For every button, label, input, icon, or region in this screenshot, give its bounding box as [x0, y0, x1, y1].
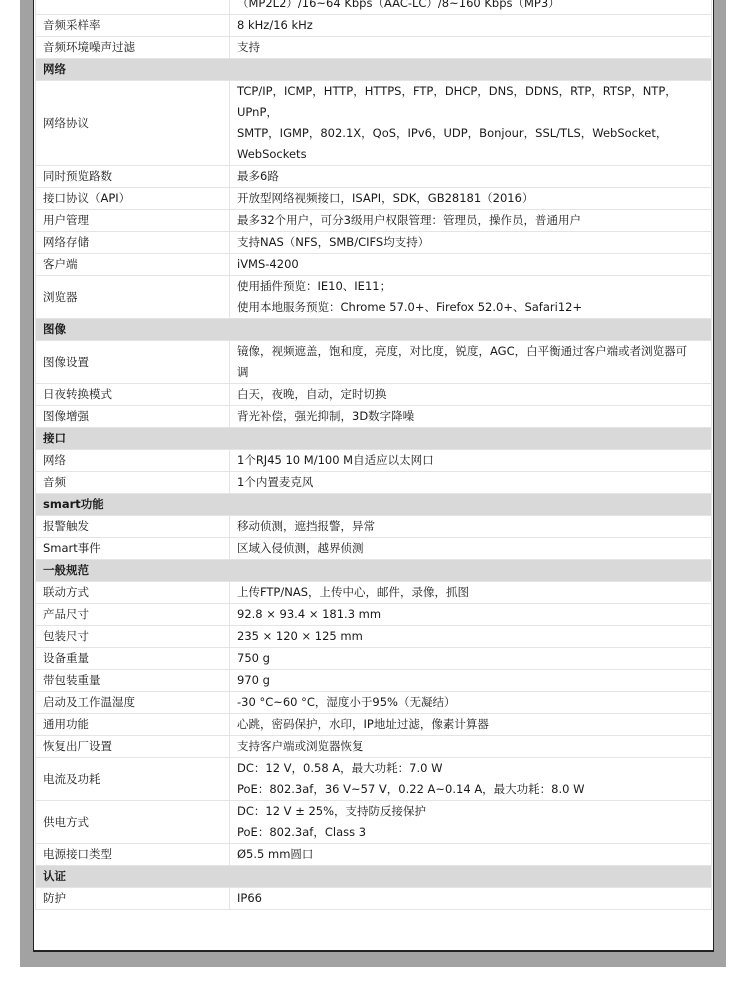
spec-value-line: 移动侦测，遮挡报警，异常 [237, 516, 704, 537]
spec-value-line: PoE：802.3af，Class 3 [237, 822, 704, 843]
spec-value-line: DC：12 V ± 25%，支持防反接保护 [237, 801, 704, 822]
spec-key: 网络 [36, 450, 230, 472]
spec-key: 网络存储 [36, 232, 230, 254]
spec-row: 图像增强背光补偿，强光抑制，3D数字降噪 [36, 406, 712, 428]
spec-value: 支持NAS（NFS，SMB/CIFS均支持） [230, 232, 712, 254]
spec-key: 图像增强 [36, 406, 230, 428]
spec-key: 防护 [36, 888, 230, 910]
spec-key: 报警触发 [36, 516, 230, 538]
spec-value-line: 心跳，密码保护，水印，IP地址过滤，像素计算器 [237, 714, 704, 735]
section-title: 一般规范 [36, 560, 712, 582]
spec-value-line: iVMS-4200 [237, 254, 704, 275]
spec-row: （MP2L2）/16~64 Kbps（AAC-LC）/8~160 Kbps（MP… [36, 0, 712, 15]
spec-value: 1个RJ45 10 M/100 M自适应以太网口 [230, 450, 712, 472]
spec-value-line: DC：12 V，0.58 A，最大功耗：7.0 W [237, 758, 704, 779]
spec-key [36, 0, 230, 15]
spec-row: Smart事件区域入侵侦测，越界侦测 [36, 538, 712, 560]
spec-key: 同时预览路数 [36, 166, 230, 188]
spec-row: 音频采样率8 kHz/16 kHz [36, 15, 712, 37]
spec-value-line: 1个RJ45 10 M/100 M自适应以太网口 [237, 450, 704, 471]
spec-row: 网络存储支持NAS（NFS，SMB/CIFS均支持） [36, 232, 712, 254]
spec-row: 同时预览路数最多6路 [36, 166, 712, 188]
spec-row: 启动及工作温湿度-30 °C~60 °C，湿度小于95%（无凝结） [36, 692, 712, 714]
spec-key: 用户管理 [36, 210, 230, 232]
spec-value: 750 g [230, 648, 712, 670]
spec-key: 通用功能 [36, 714, 230, 736]
spec-row: 恢复出厂设置支持客户端或浏览器恢复 [36, 736, 712, 758]
spec-value-line: 970 g [237, 670, 704, 691]
spec-value: DC：12 V，0.58 A，最大功耗：7.0 WPoE：802.3af，36 … [230, 758, 712, 801]
section-header: 图像 [36, 319, 712, 341]
spec-value: iVMS-4200 [230, 254, 712, 276]
spec-row: 产品尺寸92.8 × 93.4 × 181.3 mm [36, 604, 712, 626]
spec-value-line: 最多6路 [237, 166, 704, 187]
spec-row: 浏览器使用插件预览：IE10、IE11；使用本地服务预览：Chrome 57.0… [36, 276, 712, 319]
section-title: 接口 [36, 428, 712, 450]
section-title: 图像 [36, 319, 712, 341]
spec-value-line: 92.8 × 93.4 × 181.3 mm [237, 604, 704, 625]
spec-value: 最多32个用户，可分3级用户权限管理：管理员，操作员，普通用户 [230, 210, 712, 232]
spec-row: 联动方式上传FTP/NAS，上传中心，邮件，录像，抓图 [36, 582, 712, 604]
spec-key: 恢复出厂设置 [36, 736, 230, 758]
spec-row: 图像设置镜像，视频遮盖，饱和度，亮度，对比度，锐度，AGC，白平衡通过客户端或者… [36, 341, 712, 384]
spec-value-line: -30 °C~60 °C，湿度小于95%（无凝结） [237, 692, 704, 713]
spec-row: 用户管理最多32个用户，可分3级用户权限管理：管理员，操作员，普通用户 [36, 210, 712, 232]
spec-key: 网络协议 [36, 81, 230, 166]
spec-value-line: 最多32个用户，可分3级用户权限管理：管理员，操作员，普通用户 [237, 210, 704, 231]
spec-row: 包装尺寸235 × 120 × 125 mm [36, 626, 712, 648]
spec-row: 客户端iVMS-4200 [36, 254, 712, 276]
spec-key: 客户端 [36, 254, 230, 276]
section-header: 网络 [36, 59, 712, 81]
spec-value: 8 kHz/16 kHz [230, 15, 712, 37]
spec-row: 音频1个内置麦克风 [36, 472, 712, 494]
spec-value: 区域入侵侦测，越界侦测 [230, 538, 712, 560]
spec-value-line: 白天，夜晚，自动，定时切换 [237, 384, 704, 405]
spec-value: 970 g [230, 670, 712, 692]
spec-value-line: IP66 [237, 888, 704, 909]
spec-row: 音频环境噪声过滤支持 [36, 37, 712, 59]
spec-value: 开放型网络视频接口，ISAPI，SDK，GB28181（2016） [230, 188, 712, 210]
spec-key: 日夜转换模式 [36, 384, 230, 406]
spec-value-line: TCP/IP，ICMP，HTTP，HTTPS，FTP，DHCP，DNS，DDNS… [237, 81, 704, 123]
spec-value-line: 镜像，视频遮盖，饱和度，亮度，对比度，锐度，AGC，白平衡通过客户端或者浏览器可 [237, 341, 704, 362]
spec-value-line: 750 g [237, 648, 704, 669]
spec-row: 带包装重量970 g [36, 670, 712, 692]
spec-value-line: 支持 [237, 37, 704, 58]
spec-value-line: 使用本地服务预览：Chrome 57.0+、Firefox 52.0+、Safa… [237, 297, 704, 318]
spec-value: （MP2L2）/16~64 Kbps（AAC-LC）/8~160 Kbps（MP… [230, 0, 712, 15]
spec-row: 报警触发移动侦测，遮挡报警，异常 [36, 516, 712, 538]
spec-row: 日夜转换模式白天，夜晚，自动，定时切换 [36, 384, 712, 406]
spec-value-line: Ø5.5 mm圆口 [237, 844, 704, 865]
spec-value-line: 背光补偿，强光抑制，3D数字降噪 [237, 406, 704, 427]
spec-row: 防护IP66 [36, 888, 712, 910]
spec-value: -30 °C~60 °C，湿度小于95%（无凝结） [230, 692, 712, 714]
spec-value: 92.8 × 93.4 × 181.3 mm [230, 604, 712, 626]
spec-value: 支持 [230, 37, 712, 59]
spec-value-line: 8 kHz/16 kHz [237, 15, 704, 36]
spec-value: 移动侦测，遮挡报警，异常 [230, 516, 712, 538]
section-title: 认证 [36, 866, 712, 888]
spec-row: 供电方式DC：12 V ± 25%，支持防反接保护PoE：802.3af，Cla… [36, 801, 712, 844]
spec-value-line: 上传FTP/NAS，上传中心，邮件，录像，抓图 [237, 582, 704, 603]
spec-key: 设备重量 [36, 648, 230, 670]
spec-value: Ø5.5 mm圆口 [230, 844, 712, 866]
spec-value: 背光补偿，强光抑制，3D数字降噪 [230, 406, 712, 428]
spec-row: 网络1个RJ45 10 M/100 M自适应以太网口 [36, 450, 712, 472]
spec-row: 通用功能心跳，密码保护，水印，IP地址过滤，像素计算器 [36, 714, 712, 736]
spec-key: 音频采样率 [36, 15, 230, 37]
spec-value: 心跳，密码保护，水印，IP地址过滤，像素计算器 [230, 714, 712, 736]
spec-key: Smart事件 [36, 538, 230, 560]
spec-value-line: 支持客户端或浏览器恢复 [237, 736, 704, 757]
spec-row: 网络协议TCP/IP，ICMP，HTTP，HTTPS，FTP，DHCP，DNS，… [36, 81, 712, 166]
spec-value: 235 × 120 × 125 mm [230, 626, 712, 648]
spec-value: 支持客户端或浏览器恢复 [230, 736, 712, 758]
spec-value: 白天，夜晚，自动，定时切换 [230, 384, 712, 406]
spec-key: 电流及功耗 [36, 758, 230, 801]
spec-value: 镜像，视频遮盖，饱和度，亮度，对比度，锐度，AGC，白平衡通过客户端或者浏览器可… [230, 341, 712, 384]
spec-value: DC：12 V ± 25%，支持防反接保护PoE：802.3af，Class 3 [230, 801, 712, 844]
spec-value: TCP/IP，ICMP，HTTP，HTTPS，FTP，DHCP，DNS，DDNS… [230, 81, 712, 166]
spec-key: 包装尺寸 [36, 626, 230, 648]
spec-key: 浏览器 [36, 276, 230, 319]
spec-value-line: 235 × 120 × 125 mm [237, 626, 704, 647]
spec-key: 音频 [36, 472, 230, 494]
spec-value-line: （MP2L2）/16~64 Kbps（AAC-LC）/8~160 Kbps（MP… [237, 0, 704, 14]
section-title: 网络 [36, 59, 712, 81]
spec-row: 电源接口类型Ø5.5 mm圆口 [36, 844, 712, 866]
spec-row: 电流及功耗DC：12 V，0.58 A，最大功耗：7.0 WPoE：802.3a… [36, 758, 712, 801]
section-header: 认证 [36, 866, 712, 888]
spec-value: IP66 [230, 888, 712, 910]
spec-value-line: 区域入侵侦测，越界侦测 [237, 538, 704, 559]
spec-key: 供电方式 [36, 801, 230, 844]
spec-row: 接口协议（API）开放型网络视频接口，ISAPI，SDK，GB28181（201… [36, 188, 712, 210]
spec-value-line: PoE：802.3af，36 V~57 V，0.22 A~0.14 A，最大功耗… [237, 779, 704, 800]
spec-value-line: 1个内置麦克风 [237, 472, 704, 493]
spec-key: 音频环境噪声过滤 [36, 37, 230, 59]
section-header: 一般规范 [36, 560, 712, 582]
section-header: 接口 [36, 428, 712, 450]
spec-value-line: 调 [237, 362, 704, 383]
spec-value-line: 支持NAS（NFS，SMB/CIFS均支持） [237, 232, 704, 253]
spec-key: 接口协议（API） [36, 188, 230, 210]
spec-value-line: 开放型网络视频接口，ISAPI，SDK，GB28181（2016） [237, 188, 704, 209]
spec-table: （MP2L2）/16~64 Kbps（AAC-LC）/8~160 Kbps（MP… [35, 0, 712, 910]
spec-key: 启动及工作温湿度 [36, 692, 230, 714]
spec-value-line: 使用插件预览：IE10、IE11； [237, 276, 704, 297]
spec-value: 使用插件预览：IE10、IE11；使用本地服务预览：Chrome 57.0+、F… [230, 276, 712, 319]
spec-value: 1个内置麦克风 [230, 472, 712, 494]
spec-key: 带包装重量 [36, 670, 230, 692]
section-header: smart功能 [36, 494, 712, 516]
spec-key: 图像设置 [36, 341, 230, 384]
spec-row: 设备重量750 g [36, 648, 712, 670]
spec-key: 电源接口类型 [36, 844, 230, 866]
section-title: smart功能 [36, 494, 712, 516]
spec-value: 上传FTP/NAS，上传中心，邮件，录像，抓图 [230, 582, 712, 604]
spec-key: 产品尺寸 [36, 604, 230, 626]
spec-value: 最多6路 [230, 166, 712, 188]
spec-value-line: SMTP，IGMP，802.1X，QoS，IPv6，UDP，Bonjour，SS… [237, 123, 704, 165]
spec-key: 联动方式 [36, 582, 230, 604]
